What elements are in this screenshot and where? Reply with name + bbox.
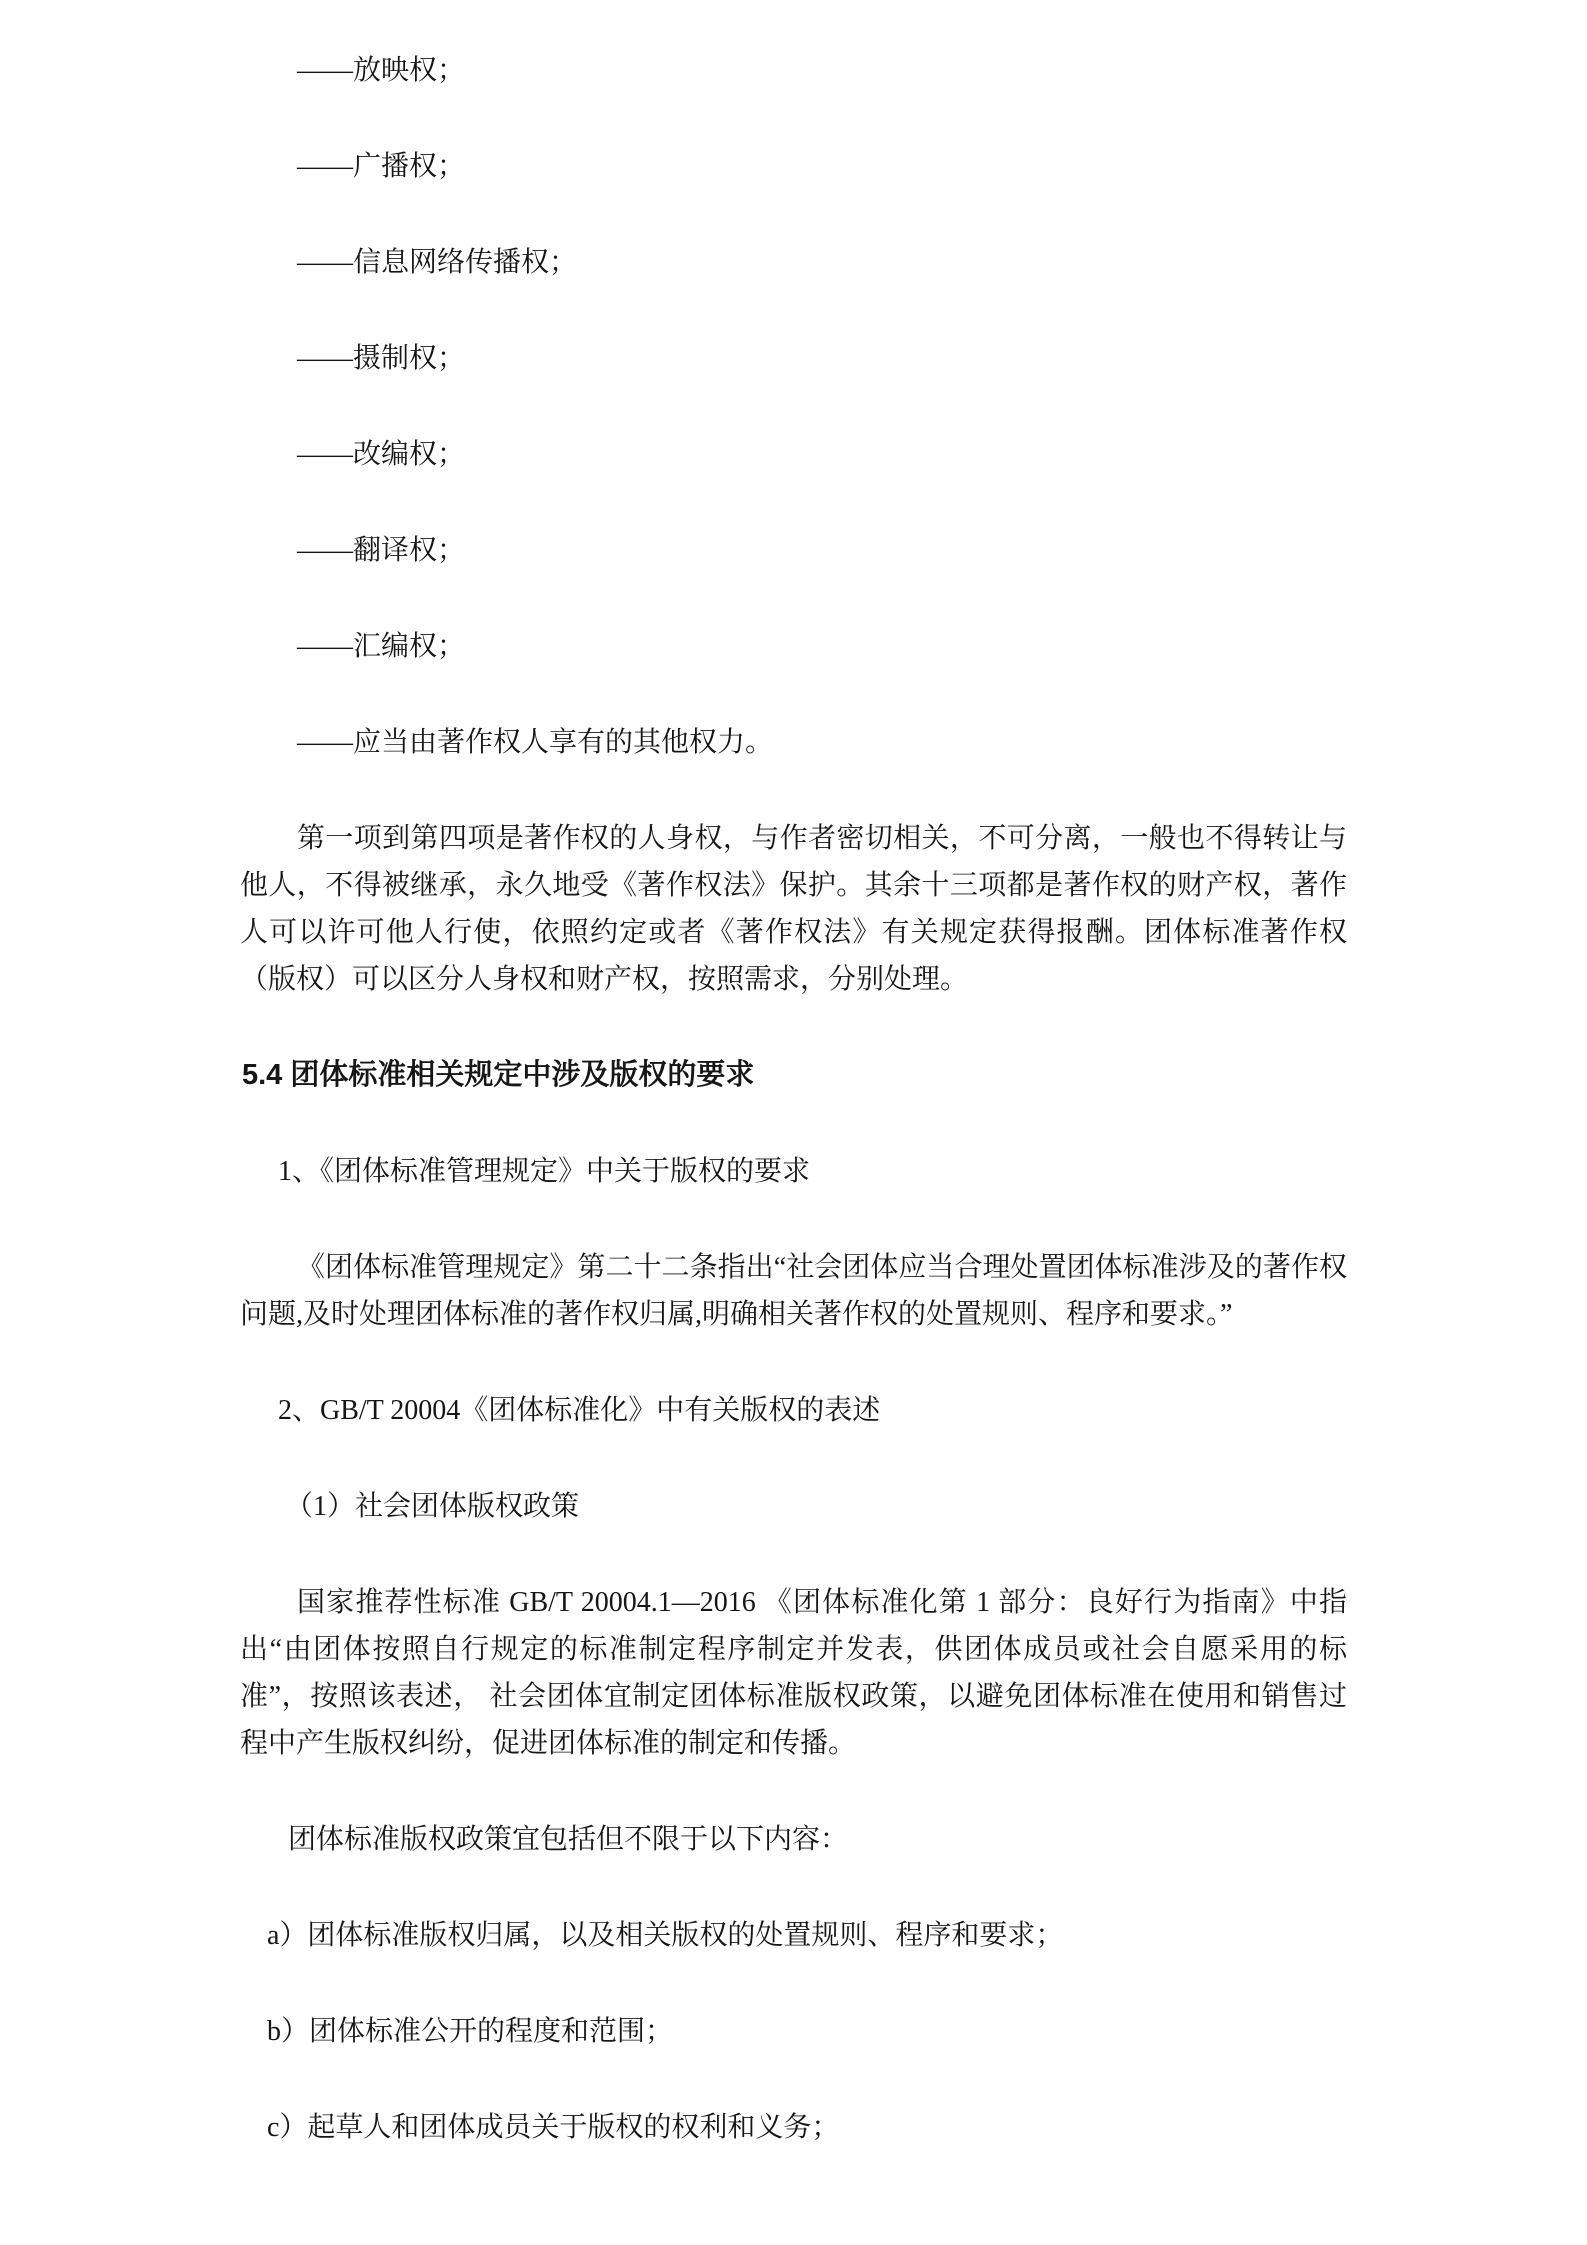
document-page: ——放映权； ——广播权； ——信息网络传播权； ——摄制权； ——改编权； —… (0, 0, 1587, 2245)
rights-list-item-network-dissemination: ——信息网络传播权； (240, 239, 1347, 286)
rights-list-item-adaptation: ——改编权； (240, 431, 1347, 478)
paragraph-gbt-20004: 国家推荐性标准 GB/T 20004.1—2016 《团体标准化第 1 部分：良… (240, 1579, 1347, 1767)
policy-intro-line: 团体标准版权政策宜包括但不限于以下内容： (240, 1816, 1347, 1863)
subsection-2-title: 2、GB/T 20004《团体标准化》中有关版权的表述 (240, 1387, 1347, 1434)
policy-item-a: a）团体标准版权归属，以及相关版权的处置规则、程序和要求； (240, 1912, 1347, 1959)
rights-list-item-screening: ——放映权； (240, 47, 1347, 94)
policy-item-c: c）起草人和团体成员关于版权的权利和义务； (240, 2104, 1347, 2151)
section-heading-5-4: 5.4 团体标准相关规定中涉及版权的要求 (240, 1052, 1347, 1099)
rights-list-item-filming: ——摄制权； (240, 335, 1347, 382)
subsection-1-title: 1、《团体标准管理规定》中关于版权的要求 (240, 1148, 1347, 1195)
paragraph-regulation-quote: 《团体标准管理规定》第二十二条指出“社会团体应当合理处置团体标准涉及的著作权问题… (240, 1244, 1347, 1338)
rights-list-item-other-rights: ——应当由著作权人享有的其他权力。 (240, 719, 1347, 766)
rights-list-item-broadcast: ——广播权； (240, 143, 1347, 190)
policy-item-b: b）团体标准公开的程度和范围； (240, 2008, 1347, 2055)
paragraph-rights-explanation: 第一项到第四项是著作权的人身权，与作者密切相关，不可分离，一般也不得转让与他人，… (240, 815, 1347, 1003)
rights-list-item-translation: ——翻译权； (240, 527, 1347, 574)
rights-list-item-compilation: ——汇编权； (240, 623, 1347, 670)
subsection-2-1-title: （1）社会团体版权政策 (240, 1483, 1347, 1530)
